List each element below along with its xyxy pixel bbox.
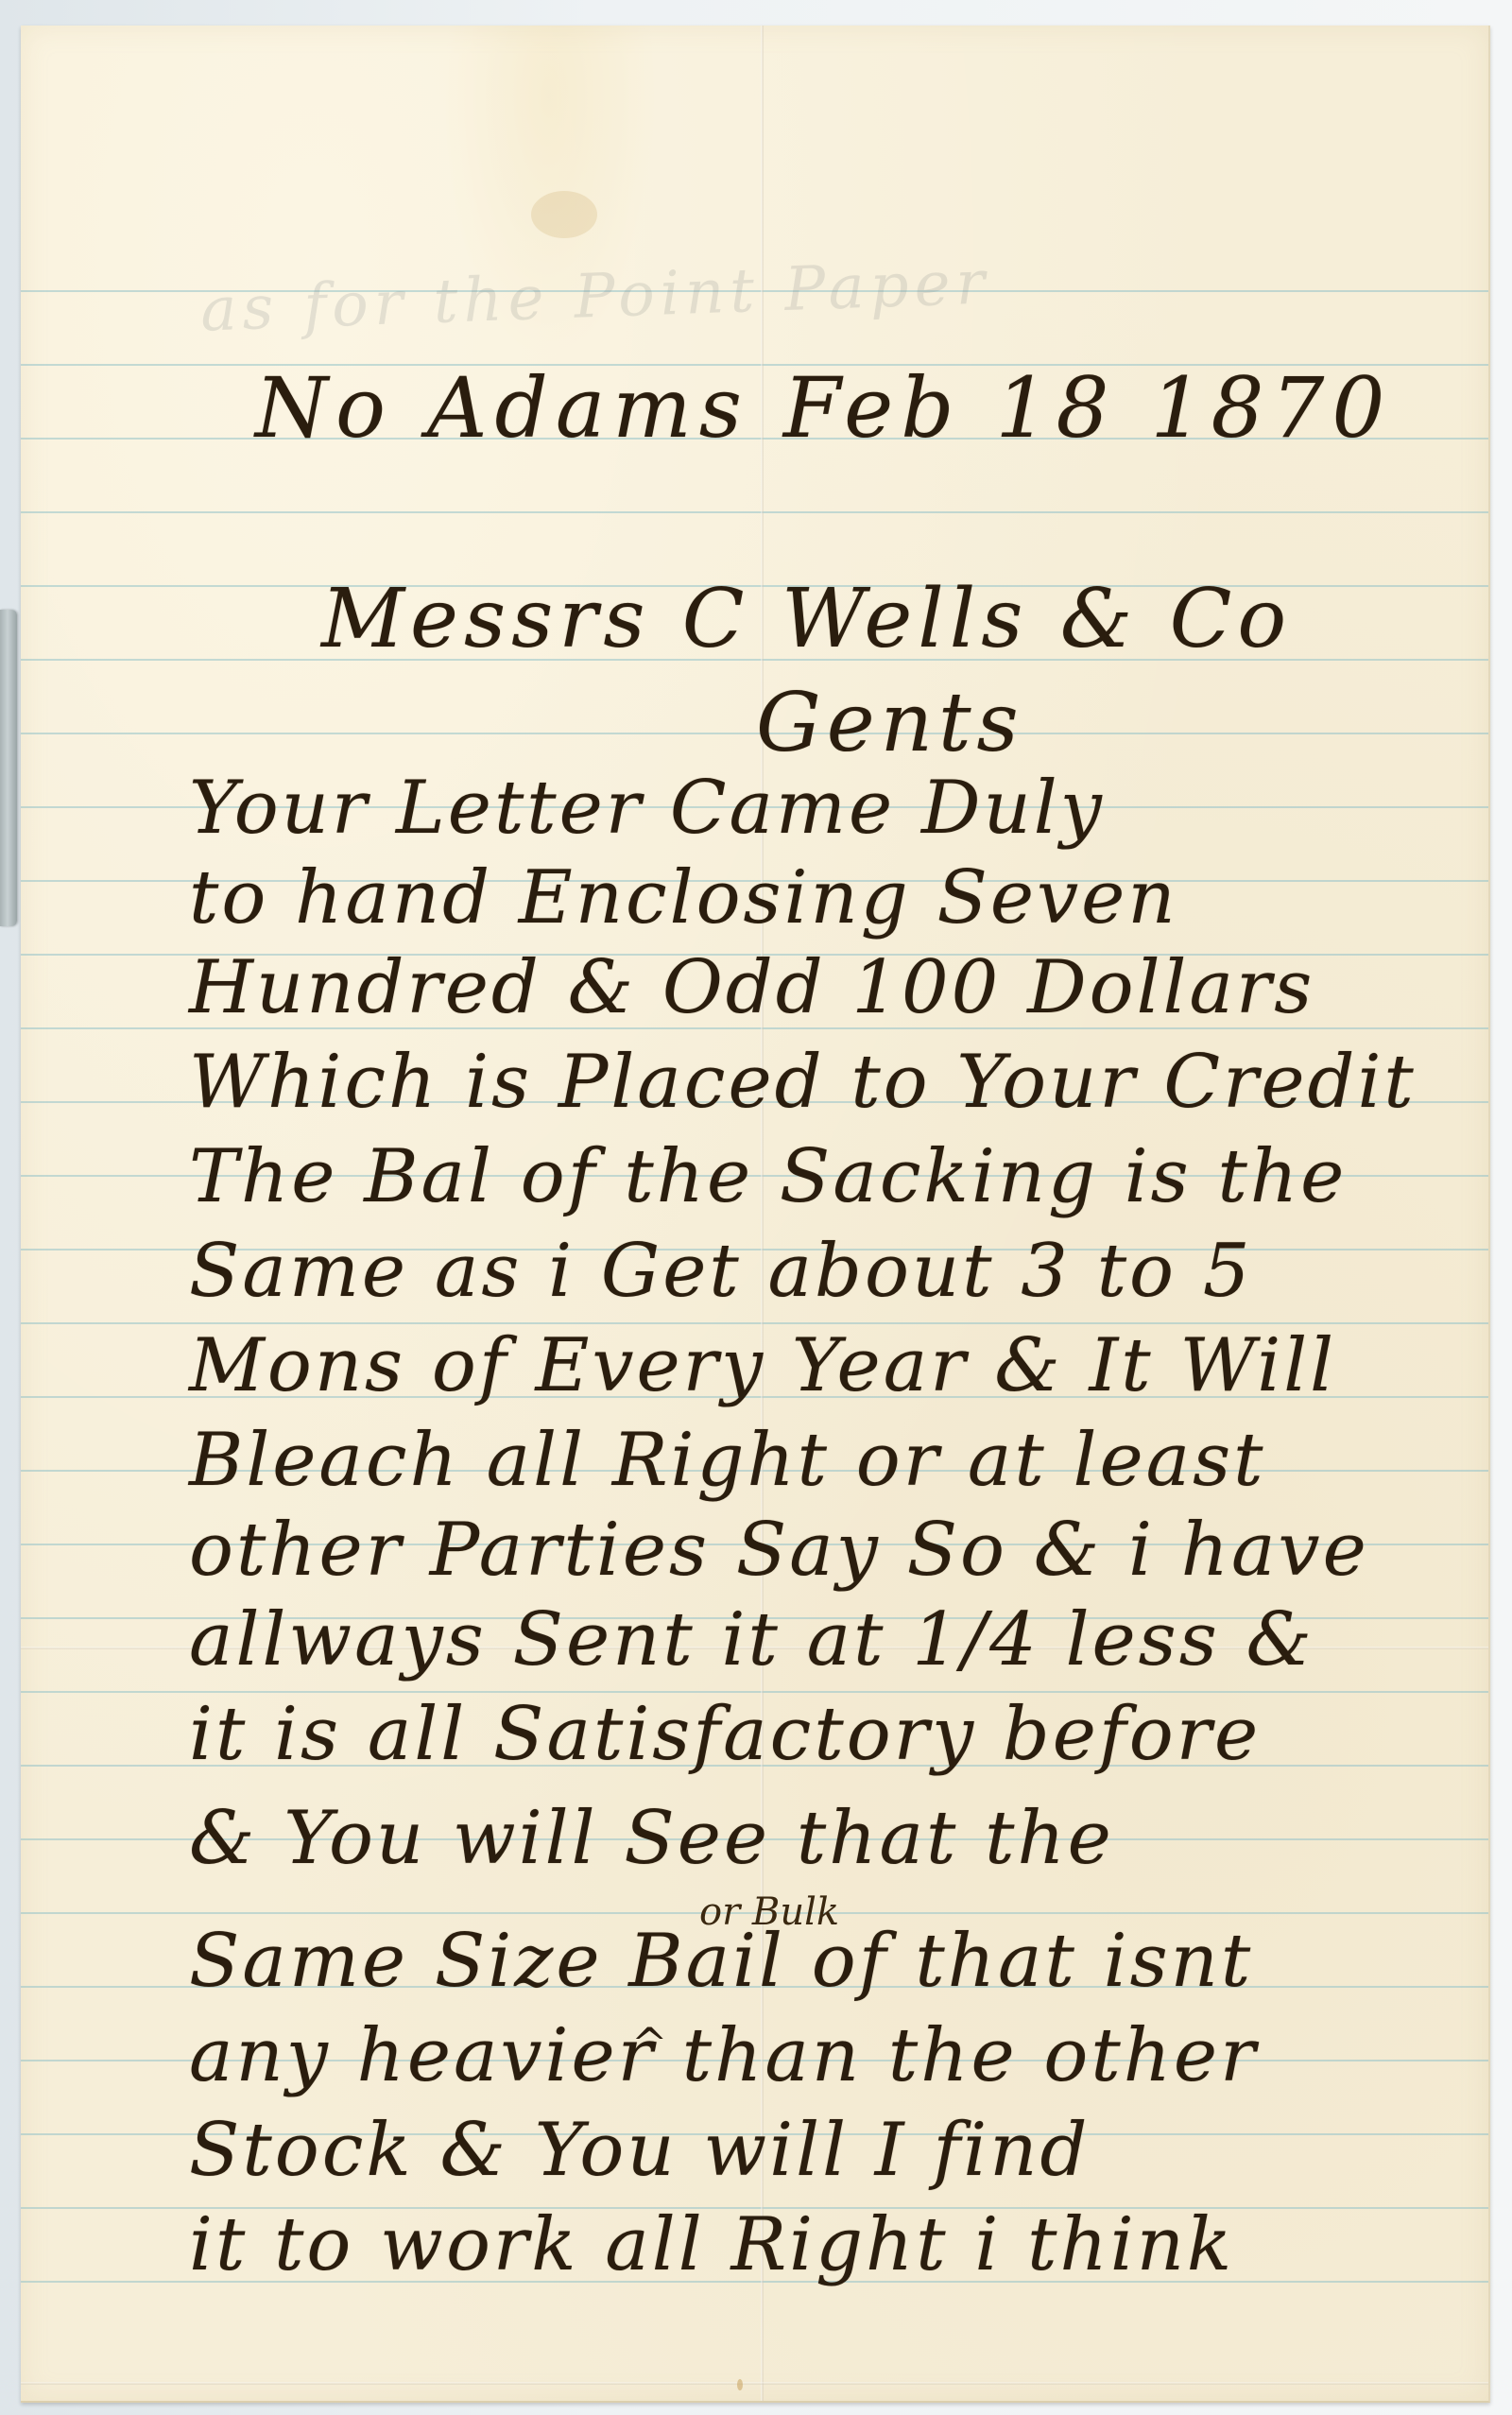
ruled-line (21, 511, 1488, 513)
body-line: Which is Placed to Your Credit (189, 1040, 1417, 1125)
body-line: it is all Satisfactory before (189, 1692, 1261, 1777)
mounting-hinge-tab (0, 610, 17, 926)
greeting: Gents (756, 676, 1024, 770)
body-line: Mons of Every Year & It Will (189, 1323, 1336, 1408)
place-date-heading: No Adams Feb 18 1870 (255, 359, 1392, 457)
body-line: & You will See that the (189, 1796, 1114, 1881)
fold-crease-horizontal (21, 2382, 1488, 2385)
body-line: The Bal of the Sacking is the (189, 1134, 1347, 1219)
paper-stain (531, 191, 597, 238)
interlinear-insert: or Bulk (699, 1890, 839, 1934)
paper-stain (737, 2379, 743, 2390)
body-line: any heavier than the other (189, 2013, 1258, 2098)
body-line: allways Sent it at 1/4 less & (189, 1597, 1314, 1682)
body-line: it to work all Right i think (189, 2202, 1234, 2287)
body-line: Stock & You will I find (189, 2108, 1090, 2193)
body-line: other Parties Say So & i have (189, 1508, 1369, 1593)
body-line: Same as i Get about 3 to 5 (189, 1229, 1252, 1314)
body-line: to hand Enclosing Seven (189, 855, 1178, 940)
body-line: Hundred & Odd 100 Dollars (189, 945, 1314, 1030)
addressee: Messrs C Wells & Co (321, 572, 1292, 666)
insertion-caret: ^ (631, 2018, 668, 2069)
body-line: Your Letter Came Duly (189, 766, 1105, 851)
ruled-line (21, 733, 1488, 734)
body-line: Bleach all Right or at least (189, 1418, 1265, 1503)
bleed-through-text: as for the Point Paper (199, 248, 991, 345)
